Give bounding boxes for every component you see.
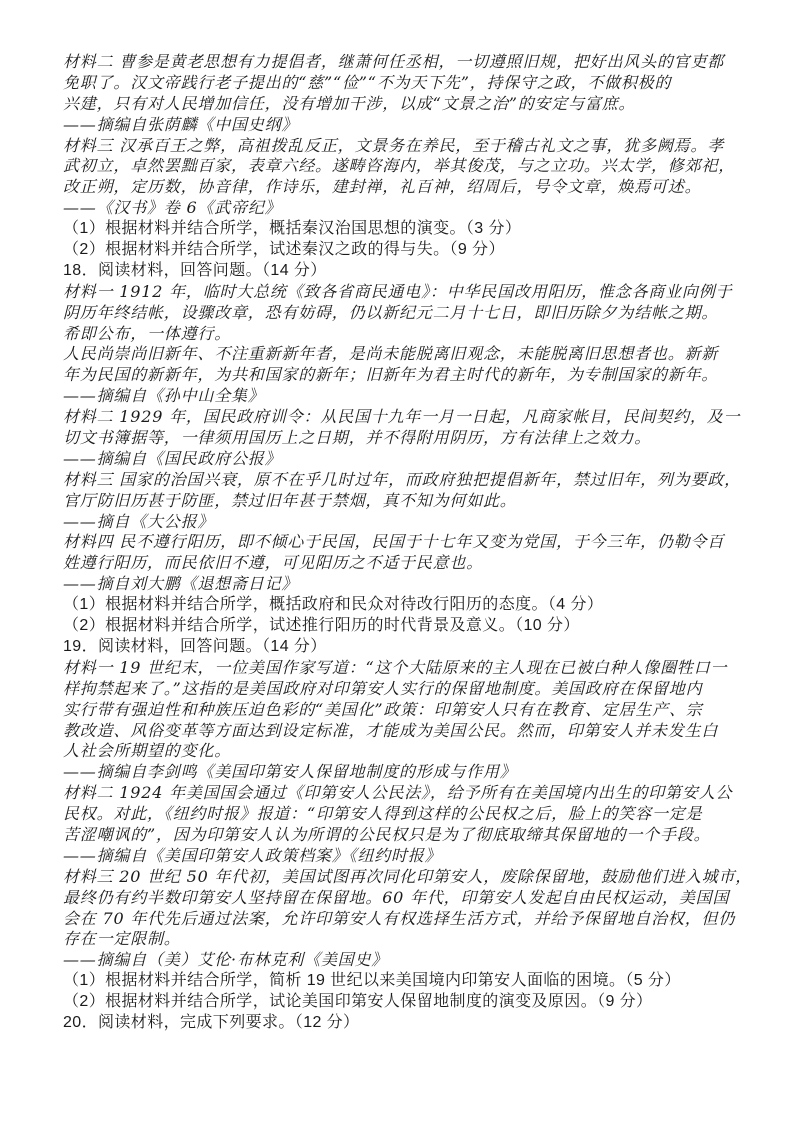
text-line: 材料二 1924 年美国国会通过《印第安人公民法》，给予所有在美国境内出生的印第… — [63, 783, 751, 804]
text-line: 希即公布，一体遵行。 — [63, 324, 751, 345]
text-line: ——摘自刘大鹏《退想斋日记》 — [63, 574, 751, 595]
text-line: 最终仍有约半数印第安人坚持留在保留地。60 年代，印第安人发起自由民权运动，美国… — [63, 888, 751, 909]
text-line: 材料二 1929 年，国民政府训令：从民国十九年一月一日起，凡商家帐目，民间契约… — [63, 407, 751, 428]
text-line: 材料三 汉承百王之弊，高祖拨乱反正，文景务在养民，至于稽古礼文之事，犹多阙焉。孝 — [63, 136, 751, 157]
text-line: 材料一 19 世纪末，一位美国作家写道：“这个大陆原来的主人现在已被白种人像圈牲… — [63, 658, 751, 679]
text-line: 样拘禁起来了。”这指的是美国政府对印第安人实行的保留地制度。美国政府在保留地内 — [63, 679, 751, 700]
text-line: （1）根据材料并结合所学，概括政府和民众对待改行阳历的态度。（4 分） — [63, 595, 751, 616]
text-line: 姓遵行阳历，而民依旧不遵，可见阳历之不适于民意也。 — [63, 553, 751, 574]
text-line: ——摘编自（美）艾伦·布林克利《美国史》 — [63, 950, 751, 971]
text-line: 材料四 民不遵行阳历，即不倾心于民国，民国于十七年又变为党国，于今三年，仍勒令百 — [63, 532, 751, 553]
text-line: 会在 70 年代先后通过法案，允许印第安人有权选择生活方式，并给予保留地自治权，… — [63, 909, 751, 930]
text-line: 18．阅读材料，回答问题。（14 分） — [63, 261, 751, 282]
text-line: 切文书簿据等，一律须用国历上之日期，并不得附用阴历，方有法律上之效力。 — [63, 428, 751, 449]
text-line: 材料三 国家的治国兴衰，原不在乎几时过年，而政府独把提倡新年，禁过旧年，列为要政… — [63, 470, 751, 491]
text-line: ——摘编自张荫麟《中国史纲》 — [63, 115, 751, 136]
question-18: 18．阅读材料，回答问题。（14 分）材料一 1912 年，临时大总统《致各省商… — [63, 261, 751, 637]
text-line: ——摘编自《孙中山全集》 — [63, 386, 751, 407]
text-line: 20．阅读材料，完成下列要求。（12 分） — [63, 1013, 751, 1034]
text-line: 教改造、风俗变革等方面达到设定标准，才能成为美国公民。然而，印第安人并未发生白 — [63, 721, 751, 742]
text-line: 19．阅读材料，回答问题。（14 分） — [63, 637, 751, 658]
text-line: 人社会所期望的变化。 — [63, 741, 751, 762]
text-line: 民权。对此，《纽约时报》报道：“印第安人得到这样的公民权之后，脸上的笑容一定是 — [63, 804, 751, 825]
text-line: 兴建，只有对人民增加信任，没有增加干涉，以成“文景之治”的安定与富庶。 — [63, 94, 751, 115]
text-line: 材料二 曹参是黄老思想有力提倡者，继萧何任丞相，一切遵照旧规，把好出风头的官吏都 — [63, 52, 751, 73]
question-17-materials: 材料二 曹参是黄老思想有力提倡者，继萧何任丞相，一切遵照旧规，把好出风头的官吏都… — [63, 52, 751, 261]
text-line: 改正朔，定历数，协音律，作诗乐，建封禅，礼百神，绍周后，号令文章，焕焉可述。 — [63, 177, 751, 198]
text-line: ——摘编自《美国印第安人政策档案》《纽约时报》 — [63, 846, 751, 867]
text-line: 材料三 20 世纪 50 年代初，美国试图再次同化印第安人，废除保留地，鼓励他们… — [63, 867, 751, 888]
text-line: （2）根据材料并结合所学，试述推行阳历的时代背景及意义。（10 分） — [63, 616, 751, 637]
text-line: 武初立，卓然罢黜百家，表章六经。遂畴咨海内，举其俊茂，与之立功。兴太学，修郊祀， — [63, 156, 751, 177]
question-20: 20．阅读材料，完成下列要求。（12 分） — [63, 1013, 751, 1034]
text-line: ——摘自《大公报》 — [63, 512, 751, 533]
exam-paper-page: 材料二 曹参是黄老思想有力提倡者，继萧何任丞相，一切遵照旧规，把好出风头的官吏都… — [63, 52, 751, 1034]
text-line: 材料一 1912 年，临时大总统《致各省商民通电》：中华民国改用阳历，惟念各商业… — [63, 282, 751, 303]
text-line: 苦涩嘲讽的”，因为印第安人认为所谓的公民权只是为了彻底取缔其保留地的一个手段。 — [63, 825, 751, 846]
text-line: ——摘编自李剑鸣《美国印第安人保留地制度的形成与作用》 — [63, 762, 751, 783]
text-line: ——摘编自《国民政府公报》 — [63, 449, 751, 470]
text-line: （2）根据材料并结合所学，试述秦汉之政的得与失。（9 分） — [63, 240, 751, 261]
text-line: （1）根据材料并结合所学，简析 19 世纪以来美国境内印第安人面临的困境。（5 … — [63, 971, 751, 992]
text-line: （1）根据材料并结合所学，概括秦汉治国思想的演变。（3 分） — [63, 219, 751, 240]
text-line: 免职了。汉文帝践行老子提出的“慈”“俭”“不为天下先”，持保守之政，不做积极的 — [63, 73, 751, 94]
text-line: 存在一定限制。 — [63, 929, 751, 950]
question-19: 19．阅读材料，回答问题。（14 分）材料一 19 世纪末，一位美国作家写道：“… — [63, 637, 751, 1013]
text-line: 年为民国的新新年，为共和国家的新年；旧新年为君主时代的新年，为专制国家的新年。 — [63, 365, 751, 386]
text-line: ——《汉书》卷 6《武帝纪》 — [63, 198, 751, 219]
text-line: （2）根据材料并结合所学，试论美国印第安人保留地制度的演变及原因。（9 分） — [63, 992, 751, 1013]
text-line: 实行带有强迫性和种族压迫色彩的“美国化”政策：印第安人只有在教育、定居生产、宗 — [63, 700, 751, 721]
text-line: 官厅防旧历甚于防匪，禁过旧年甚于禁烟，真不知为何如此。 — [63, 491, 751, 512]
text-line: 人民尚崇尚旧新年、不注重新新年者，是尚未能脱离旧观念，未能脱离旧思想者也。新新 — [63, 344, 751, 365]
text-line: 阴历年终结帐，设骤改章，恐有妨碍，仍以新纪元二月十七日，即旧历除夕为结帐之期。 — [63, 303, 751, 324]
